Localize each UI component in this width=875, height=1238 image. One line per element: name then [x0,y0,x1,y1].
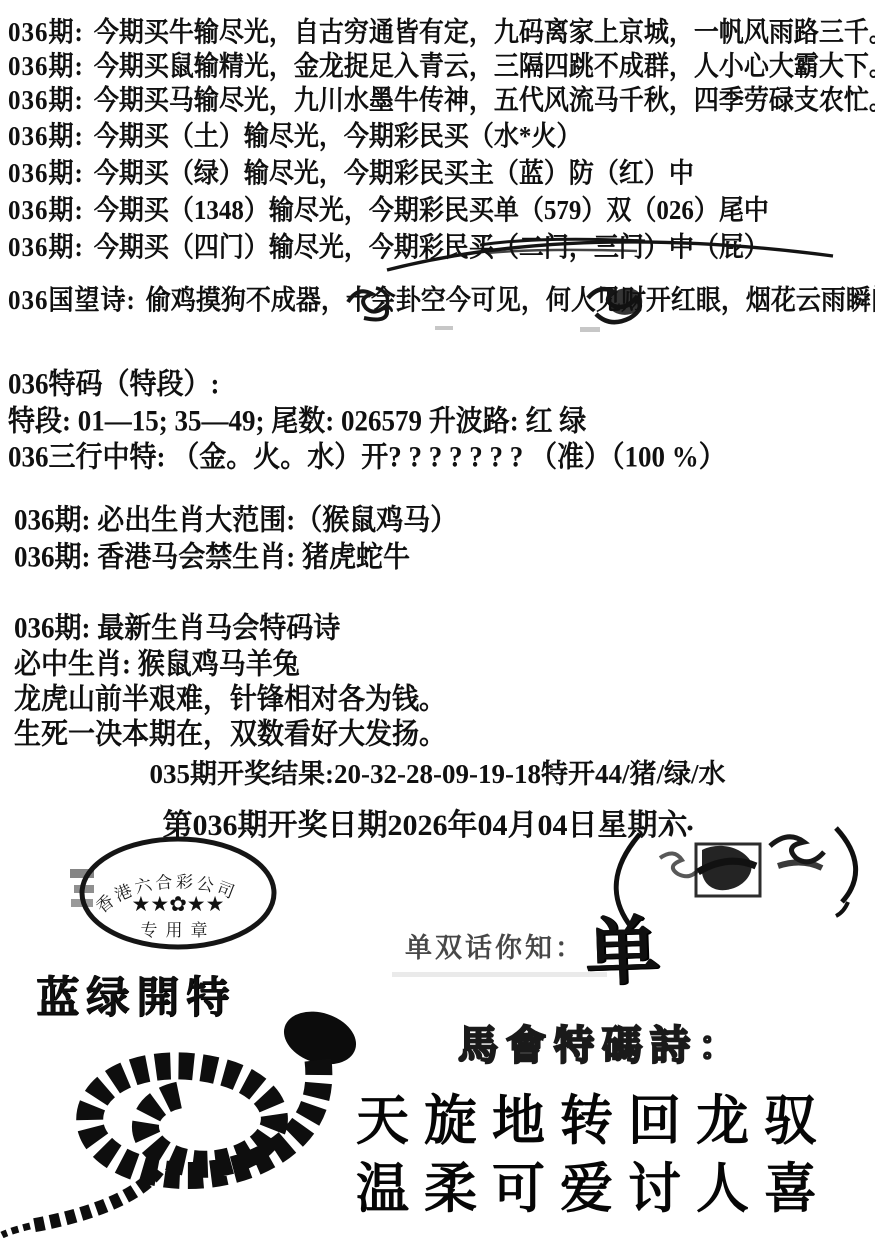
period-label: 036期: [8,18,84,48]
gray-smudge-mark [580,327,600,332]
odd-even-answer: 单 [583,892,661,1001]
tema-sanhang: 036三行中特: （金。火。水）开? ? ? ? ? ? ? （准）（100 %… [8,433,726,475]
verse-text: 今期买牛输尽光，自古穷通皆有定，九码离家上京城，一帆风雨路三千。 [94,18,875,48]
verse-line: 036期:今期买（绿）输尽光，今期彩民买主（蓝）防（红）中 [8,151,694,191]
gray-smudge-mark [435,326,453,330]
verse-text: 今期买马输尽光，九川水墨牛传神，五代风流马千秋，四季劳碌支农忙。 [94,86,875,116]
lottery-tip-sheet: 036期:今期买牛输尽光，自古穷通皆有定，九码离家上京城，一帆风雨路三千。 03… [0,0,875,1238]
period-label: 036期: [8,159,84,189]
verse-text: 今期买鼠输精光，金龙捉足入青云，三隔四跳不成群，人小心大霸大下。 [94,52,875,82]
zodiac-forbidden-line: 036期: 香港马会禁生肖: 猪虎蛇牛 [14,533,410,575]
zodiac-poem-line2: 生死一决本期在，双数看好大发扬。 [14,710,446,752]
verse-text: 今期买（土）输尽光，今期彩民买（水*火） [94,122,582,152]
period-label: 036期: [8,86,84,116]
period-label: 036期: [8,233,84,263]
verse-line: 036期:今期买（土）输尽光，今期彩民买（水*火） [8,114,581,154]
stamp-stars: ★★✿★★ [132,892,225,916]
snake-icon [0,1002,430,1238]
verse-text: 今期买（绿）输尽光，今期彩民买主（蓝）防（红）中 [94,159,694,189]
period-label: 036期: [8,122,84,152]
company-stamp-icon: 香港六合彩公司 ★★✿★★ 专用章 [68,833,286,955]
period-label: 036期: [8,52,84,82]
odd-even-label: 单双话你知： [405,926,585,965]
stamp-bottom-text: 专用章 [141,920,216,940]
period-label: 036期: [8,196,84,226]
mahui-poem-title: 馬會特碼詩： [458,1014,746,1071]
zodiac-range-line: 036期: 必出生肖大范围:（猴鼠鸡马） [14,496,457,538]
ink-scribble-overlay [318,272,668,324]
last-draw-result: 035期开奖结果:20-32-28-09-19-18特开44/猪/绿/水 [0,752,875,791]
tema-title: 036特码（特段）: [8,360,220,402]
verse-line: 036期:今期买马输尽光，九川水墨牛传神，五代风流马千秋，四季劳碌支农忙。 [8,78,875,118]
scan-smear [392,972,607,977]
guowang-label: 036国望诗: [8,286,136,316]
